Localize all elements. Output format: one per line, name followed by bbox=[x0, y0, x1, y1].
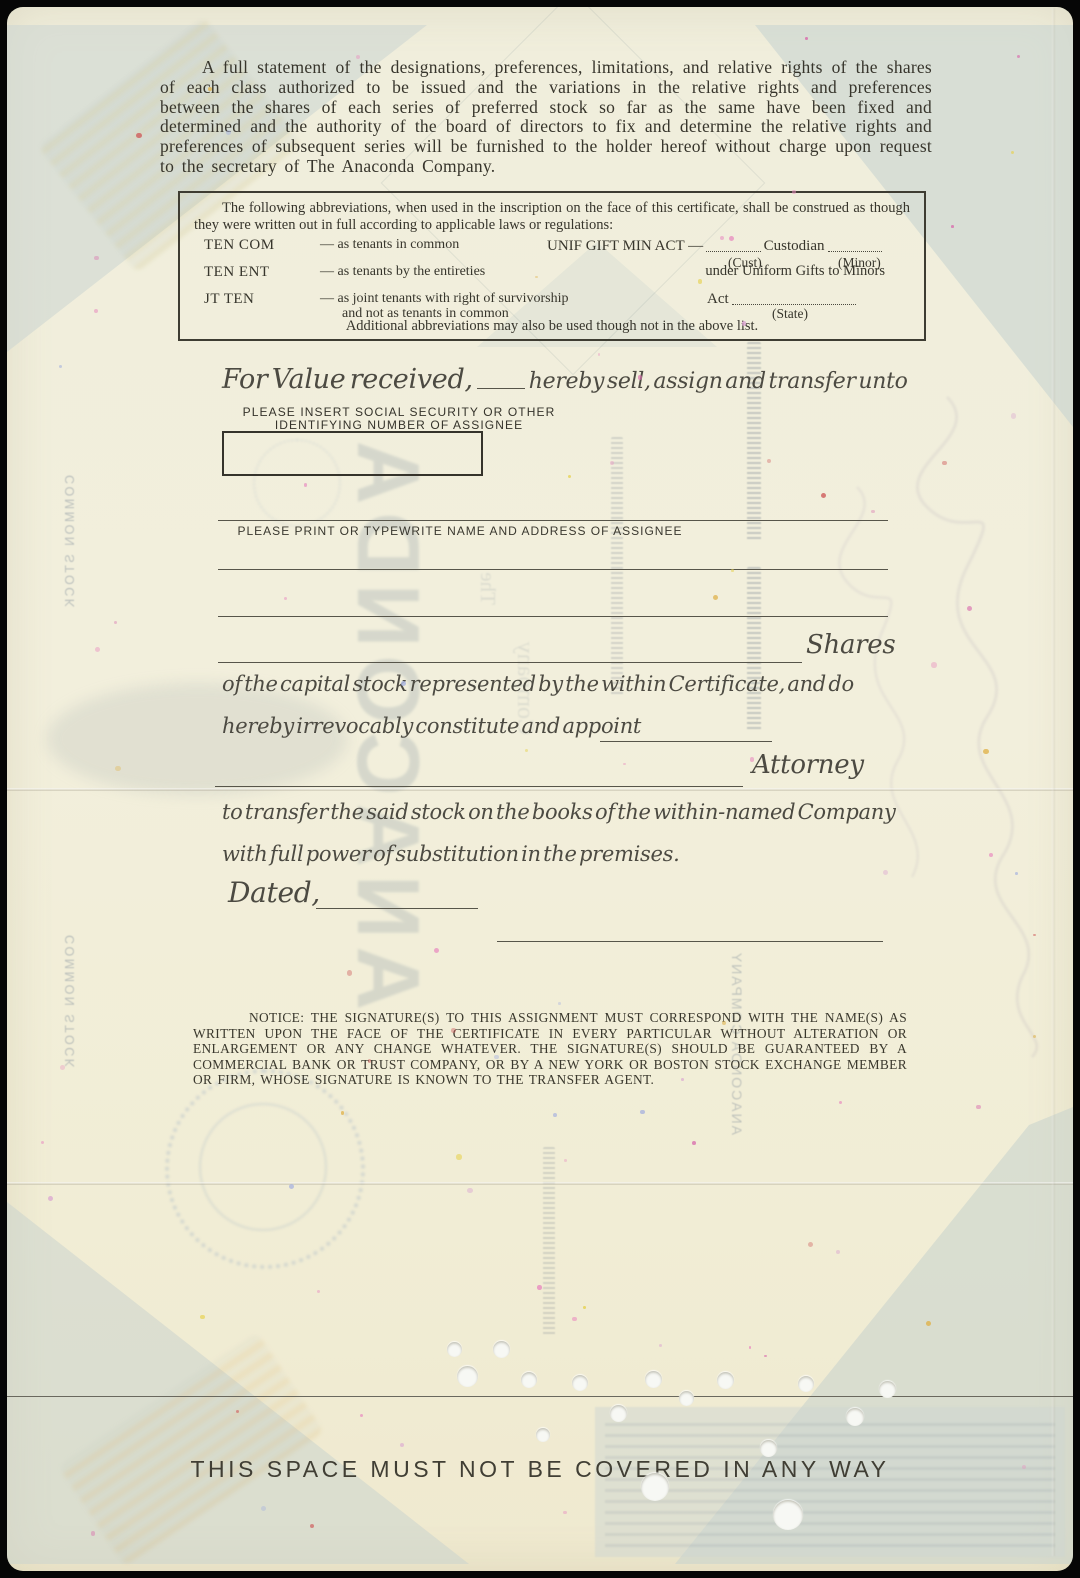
unif-gift-min-act-row: UNIF GIFT MIN ACT — Custodian bbox=[547, 238, 885, 255]
for-value-received: For Value received, bbox=[222, 364, 473, 395]
ssn-instruction: PLEASE INSERT SOCIAL SECURITY OR OTHER I… bbox=[218, 406, 580, 432]
ssn-entry-box bbox=[222, 431, 483, 476]
abbreviations-box: The following abbreviations, when used i… bbox=[178, 191, 926, 341]
substitution-line: with full power of substitution in the p… bbox=[222, 842, 679, 866]
dated-label: Dated, bbox=[228, 876, 320, 909]
assignee-line-1 bbox=[218, 520, 888, 521]
ssn-instruction-line1: PLEASE INSERT SOCIAL SECURITY OR OTHER bbox=[243, 405, 556, 419]
certificate-back-scan: ANACONDA The Company ANACONDA COMPANY CO… bbox=[0, 0, 1080, 1578]
appoint-line: hereby irrevocably constitute and appoin… bbox=[222, 714, 641, 738]
statement-paragraph: A full statement of the designations, pr… bbox=[160, 58, 932, 177]
transfer-books-line: to transfer the said stock on the books … bbox=[222, 800, 896, 824]
date-blank bbox=[316, 908, 478, 909]
custodian-fill-line bbox=[706, 241, 761, 252]
print-name-instruction: PLEASE PRINT OR TYPEWRITE NAME AND ADDRE… bbox=[230, 524, 690, 538]
for-value-line: For Value received, hereby sell, assign … bbox=[222, 364, 908, 395]
attorney-name-blank bbox=[600, 741, 772, 742]
printed-content: A full statement of the designations, pr… bbox=[0, 0, 1080, 1578]
footer-warning: THIS SPACE MUST NOT BE COVERED IN ANY WA… bbox=[0, 1456, 1080, 1483]
attorney-line bbox=[215, 786, 743, 787]
abbr-ten-com: TEN COM bbox=[204, 237, 275, 254]
state-fill-line bbox=[732, 294, 856, 305]
abbreviations-intro: The following abbreviations, when used i… bbox=[194, 200, 910, 233]
shares-line bbox=[218, 662, 802, 663]
act-label: Act bbox=[707, 291, 729, 308]
abbr-ten-com-def: — as tenants in common bbox=[320, 238, 550, 253]
unif-label: UNIF GIFT MIN ACT — bbox=[547, 238, 703, 255]
assignee-line-2 bbox=[218, 569, 888, 570]
sell-assign-transfer: hereby sell, assign and transfer unto bbox=[529, 369, 908, 394]
abbr-jt-ten: JT TEN bbox=[204, 291, 254, 308]
abbr-jt-ten-def: — as joint tenants with right of survivo… bbox=[320, 292, 572, 321]
signature-line bbox=[497, 941, 883, 942]
ssn-instruction-line2: IDENTIFYING NUMBER OF ASSIGNEE bbox=[275, 418, 523, 432]
footer-divider bbox=[7, 1396, 1073, 1397]
custodian-word: Custodian bbox=[764, 238, 825, 255]
minor-fill-line bbox=[828, 241, 883, 252]
shares-word: Shares bbox=[806, 630, 895, 660]
assignor-blank bbox=[477, 387, 525, 389]
abbreviations-footer: Additional abbreviations may also be use… bbox=[180, 318, 924, 335]
attorney-word: Attorney bbox=[752, 750, 864, 780]
notice-paragraph: NOTICE: THE SIGNATURE(S) TO THIS ASSIGNM… bbox=[193, 1010, 907, 1088]
under-minors-line: under Uniform Gifts to Minors bbox=[180, 263, 885, 280]
capital-stock-line: of the capital stock represented by the … bbox=[222, 672, 854, 696]
assignee-line-3 bbox=[218, 616, 888, 617]
